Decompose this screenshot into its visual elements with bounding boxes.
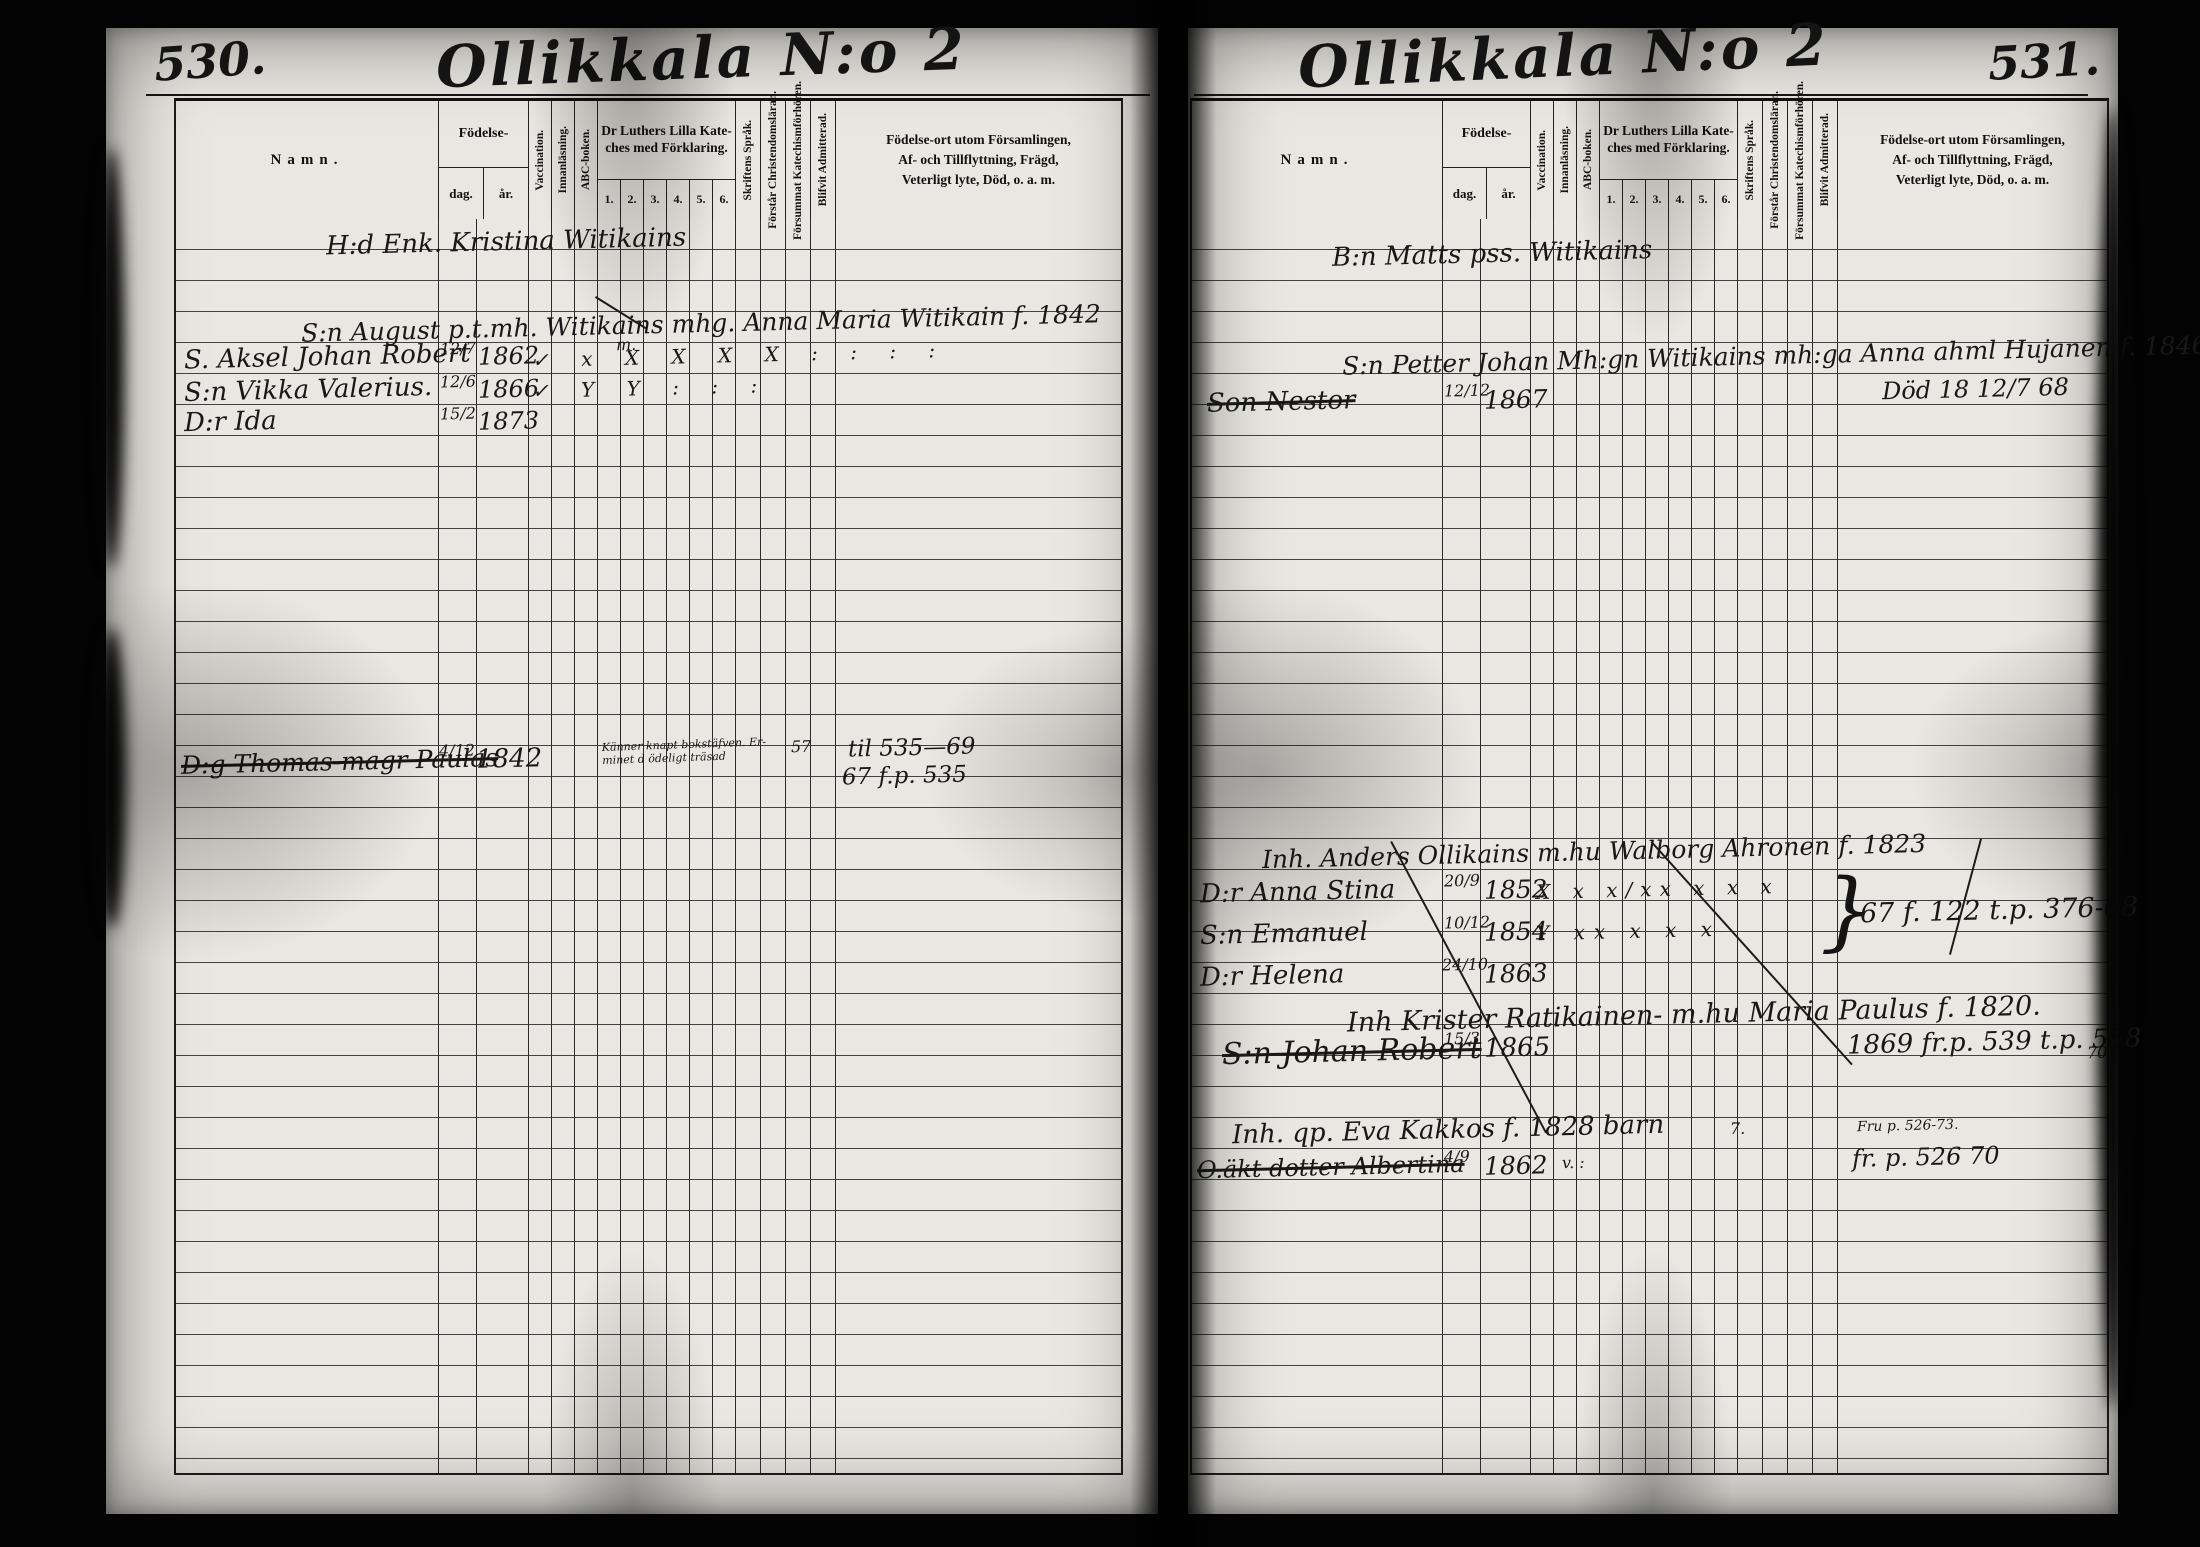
entry-name: B:n Matts pss. Witikains [1332, 237, 1653, 271]
entry-date-day: 15/2 [440, 406, 476, 423]
entry-mark: 7. [1730, 1121, 1746, 1137]
column-header-katekes: Dr Luthers Lilla Kate- ches med Förklari… [1599, 101, 1737, 219]
right-page: Ollikkala N:o 2 531. Namn. Födelse- dag.… [1188, 28, 2118, 1514]
book-gutter [1130, 0, 1216, 1547]
column-header-skriftens: Skriftens Språk. [1737, 101, 1762, 219]
entry-marks: X x x/xx x x x [1536, 876, 1780, 902]
column-header-ar: år. [1486, 168, 1530, 219]
entry-year: 1862 [478, 343, 540, 368]
column-header-forstar: Förstår Christendomsläran. [760, 101, 785, 219]
entry-year: 1866 [478, 376, 540, 401]
column-header-innanlasning: Innanläsning. [551, 101, 574, 219]
column-header-vaccination: Vaccination. [1530, 101, 1553, 219]
entry-reference: Fru p. 526-73. [1857, 1118, 1959, 1134]
register-table: Namn. Födelse- dag. år. Vaccination. Inn… [174, 98, 1123, 1475]
title-underline [146, 94, 1150, 96]
entry-death-note: Död 18 12/7 68 [1882, 375, 2069, 404]
entry-marks: Y xx x x x [1536, 919, 1721, 944]
entry-reference: fr. p. 526 70 [1852, 1143, 2000, 1171]
entry-name: S:n Vikka Valerius. [184, 374, 433, 406]
column-header-forsummat: Försummat Katechismförhören. [1787, 101, 1812, 219]
entry-date-day: 12/7 [440, 341, 476, 358]
ruled-rows [176, 219, 1121, 1473]
entry-name: S:n Johan Robert [1222, 1034, 1482, 1070]
entry-name: S:n Emanuel [1200, 919, 1369, 949]
entry-year: 1863 [1484, 960, 1548, 987]
column-header-namn: Namn. [176, 101, 438, 219]
page-number: 530. [152, 30, 268, 92]
entry-marks: ✓ Y Y : : : [532, 375, 771, 401]
column-header-forstar: Förstår Christendomsläran. [1762, 101, 1787, 219]
column-header-abc: ABC-boken. [1576, 101, 1599, 219]
entry-year: 1867 [1484, 386, 1548, 413]
entry-year: 1873 [478, 408, 540, 433]
entry-reference: til 535—69 [848, 735, 976, 761]
column-header-vaccination: Vaccination. [528, 101, 551, 219]
entry-name: O.äkt dotter Albertina [1197, 1152, 1465, 1183]
entry-name: D:r Ida [184, 408, 277, 436]
page-number: 531. [1987, 31, 2102, 91]
entry-reference: 67 f.p. 535 [842, 763, 967, 789]
column-header-notes: Födelse-ort utom Församlingen, Af- och T… [835, 101, 1121, 219]
column-header-dag: dag. [439, 168, 483, 219]
title-underline [1194, 94, 2088, 96]
entry-date-day: 12/6 [440, 374, 476, 391]
entry-name: Son Nestor [1207, 387, 1356, 417]
column-header-innanlasning: Innanläsning. [1553, 101, 1576, 219]
left-page: 530. Ollikkala N:o 2 Namn. Födelse- dag.… [106, 28, 1158, 1514]
column-header-forsummat: Försummat Katechismförhören. [785, 101, 810, 219]
entry-name: D:r Helena [1200, 961, 1345, 991]
column-header-dag: dag. [1443, 168, 1486, 219]
entry-marks: v. : [1562, 1155, 1585, 1172]
entry-year: 1862 [1484, 1152, 1548, 1179]
register-table: Namn. Födelse- dag. år. Vaccination. Inn… [1190, 98, 2109, 1475]
column-header-skriftens: Skriftens Språk. [735, 101, 760, 219]
entry-year: 1842 [476, 745, 543, 773]
column-header-ar: år. [483, 168, 528, 219]
column-header-fodelse: Födelse- dag. år. [1442, 101, 1530, 219]
entry-name: S. Aksel Johan Robert [184, 341, 471, 374]
entry-date-day: 4/12 [439, 743, 475, 760]
column-header-namn: Namn. [1192, 101, 1442, 219]
column-header-blifvit: Blifvit Admitterad. [1812, 101, 1837, 219]
entry-date-day: 15/3 [1444, 1031, 1480, 1048]
entry-date-day: 20/9 [1444, 873, 1480, 890]
column-header-fodelse: Födelse- dag. år. [438, 101, 528, 219]
scan-blotch [98, 148, 124, 568]
column-header-notes: Födelse-ort utom Församlingen, Af- och T… [1837, 101, 2107, 219]
entry-date-day: 4/9 [1444, 1149, 1470, 1166]
page-title: Ollikkala N:o 2 [435, 15, 968, 101]
page-title: Ollikkala N:o 2 [1297, 10, 1830, 101]
scan-blotch [2096, 108, 2130, 1408]
column-header-blifvit: Blifvit Admitterad. [810, 101, 835, 219]
scan-blotch [96, 628, 126, 928]
entry-name: D:r Anna Stina [1200, 877, 1396, 908]
column-header-abc: ABC-boken. [574, 101, 597, 219]
entry-date-day: 24/10 [1442, 956, 1488, 973]
scanned-parish-register: { "columns": { "namn": "Namn.", "fodelse… [0, 0, 2200, 1547]
entry-mark: 57 [791, 739, 812, 755]
column-header-katekes: Dr Luthers Lilla Kate- ches med Förklari… [597, 101, 735, 219]
